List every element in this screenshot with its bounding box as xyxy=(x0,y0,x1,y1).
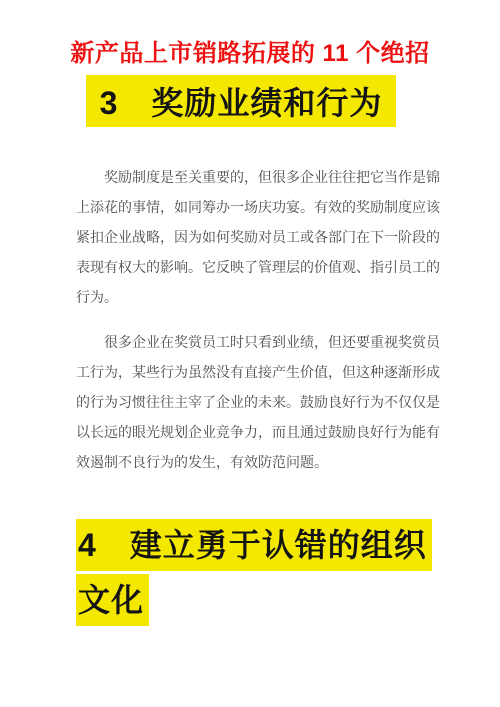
body-text: 奖励制度是至关重要的，但很多企业往往把它当作是锦上添花的事情，如同筹办一场庆功宴… xyxy=(76,162,440,477)
paragraph-1: 奖励制度是至关重要的，但很多企业往往把它当作是锦上添花的事情，如同筹办一场庆功宴… xyxy=(76,162,440,312)
section-4-heading-line-1: 4 建立勇于认错的组织 xyxy=(76,519,410,571)
section-4-heading: 4 建立勇于认错的组织 文化 xyxy=(76,519,410,626)
section-3-heading: 3 奖励业绩和行为 xyxy=(86,75,396,127)
paragraph-2: 很多企业在奖赏员工时只看到业绩，但还要重视奖赏员工行为，某些行为虽然没有直接产生… xyxy=(76,327,440,477)
series-title: 新产品上市销路拓展的 11 个绝招 xyxy=(0,40,500,68)
section-4-heading-line-2: 文化 xyxy=(76,574,410,626)
